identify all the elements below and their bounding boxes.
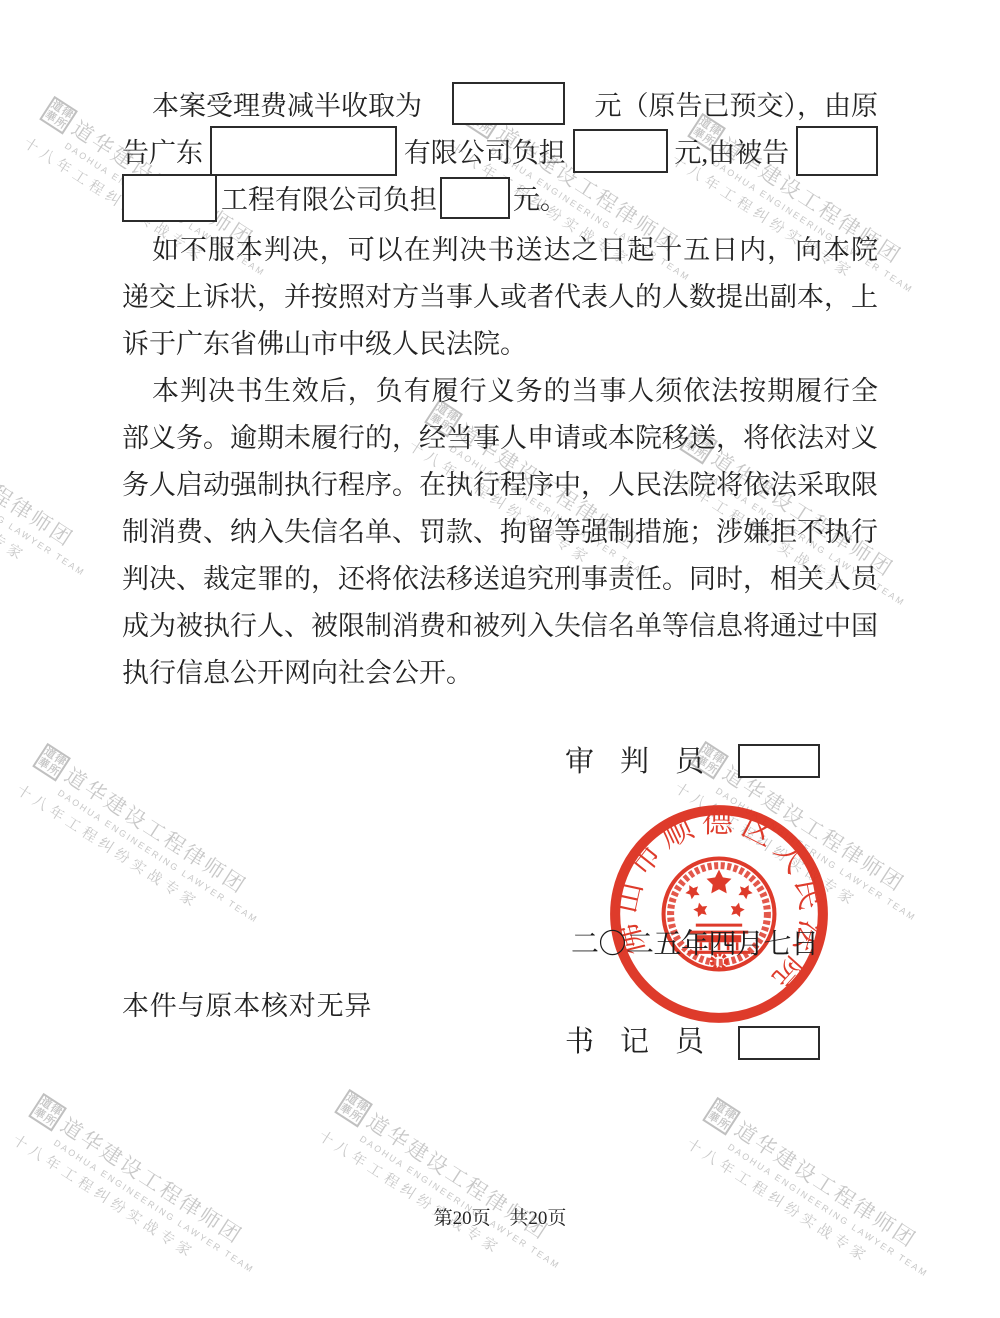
enforcement-line-1: 本判决书生效后，负有履行义务的当事人须依法按期履行全 — [122, 368, 878, 415]
paragraph-appeal: 如不服本判决，可以在判决书送达之日起十五日内，向本院 递交上诉状，并按照对方当事… — [122, 227, 878, 368]
redaction-box-plaintiff-amount — [573, 129, 668, 173]
fee-line-1: 本案受理费减半收取为 元（原告已预交），由原 — [122, 80, 878, 127]
watermark-subtitle: DAOHUA ENGINEERING LAWYER TEAM — [56, 788, 260, 925]
watermark: 道 律 華 所 道华建设工程律师团 DAOHUA ENGINEERING LAW… — [315, 1088, 579, 1291]
redaction-box-judge-name — [738, 744, 820, 778]
page-footer: 第20页 共20页 — [0, 1203, 1000, 1230]
verification-note: 本件与原本核对无异 — [122, 984, 372, 1023]
redaction-box-clerk-name — [738, 1026, 820, 1060]
paragraph-court-fee: 本案受理费减半收取为 元（原告已预交），由原 告广东 有限公司负担 元,由被告 … — [122, 80, 878, 221]
watermark: 道 律 華 所 道华建设工程律师团 DAOHUA ENGINEERING LAW… — [13, 742, 277, 945]
fee-text-7: 元。 — [513, 178, 567, 217]
clerk-label: 书记员 — [565, 1026, 730, 1059]
appeal-line-1: 如不服本判决，可以在判决书送达之日起十五日内，向本院 — [122, 227, 878, 274]
fee-line-2: 告广东 有限公司负担 元,由被告 — [122, 127, 878, 174]
fee-line-3: 工程有限公司负担 元。 — [122, 174, 878, 221]
enforcement-line-5: 判决、裁定罪的，还将依法移送追究刑事责任。同时，相关人员 — [122, 556, 878, 603]
fee-text-1: 本案受理费减半收取为 — [152, 84, 422, 123]
watermark: 道 律 華 所 道华建设工程律师团 DAOHUA ENGINEERING LAW… — [9, 1092, 273, 1295]
judgment-date: 二〇二五年四月七日 — [571, 929, 819, 961]
enforcement-line-2: 部义务。逾期未履行的，经当事人申请或本院移送，将依法对义 — [122, 415, 878, 462]
redaction-box-defendant-name-2 — [122, 174, 217, 222]
seal-court-name: 佛山市顺德区人民法院 — [608, 804, 830, 1001]
enforcement-line-4: 制消费、纳入失信名单、罚款、拘留等强制措施；涉嫌拒不执行 — [122, 509, 878, 556]
redaction-box-defendant-name-1 — [796, 126, 878, 176]
enforcement-line-6: 成为被执行人、被限制消费和被列入失信名单等信息将通过中国 — [122, 603, 878, 650]
watermark: 道 律 華 所 道华建设工程律师团 DAOHUA ENGINEERING LAW… — [0, 395, 104, 598]
appeal-line-2: 递交上诉状，并按照对方当事人或者代表人的人数提出副本，上 — [122, 274, 878, 321]
redaction-box-defendant-amount — [440, 177, 510, 219]
watermark: 道 律 華 所 道华建设工程律师团 DAOHUA ENGINEERING LAW… — [683, 1096, 947, 1299]
fee-text-2: 元（原告已预交），由原 — [595, 84, 879, 123]
fee-text-3: 告广东 — [122, 131, 203, 170]
footer-page-total: 共20页 — [509, 1208, 566, 1229]
footer-page-number: 第20页 — [434, 1208, 491, 1229]
court-seal: 佛山市顺德区人民法院 — [599, 794, 839, 1034]
judgment-page: 道 律 華 所 道华建设工程律师团 DAOHUA ENGINEERING LAW… — [0, 0, 1000, 1318]
paragraph-enforcement: 本判决书生效后，负有履行义务的当事人须依法按期履行全 部义务。逾期未履行的，经当… — [122, 368, 878, 697]
fee-text-4: 有限公司负担 — [404, 131, 566, 170]
enforcement-line-7: 执行信息公开网向社会公开。 — [122, 650, 878, 697]
fee-text-6: 工程有限公司负担 — [221, 178, 437, 217]
redaction-box-plaintiff-name — [210, 126, 397, 176]
appeal-line-3: 诉于广东省佛山市中级人民法院。 — [122, 321, 878, 368]
enforcement-line-3: 务人启动强制执行程序。在执行程序中，人民法院将依法采取限 — [122, 462, 878, 509]
fee-text-5: 元,由被告 — [674, 131, 789, 170]
redaction-box-fee-amount — [452, 82, 565, 125]
judge-label: 审判员 — [565, 746, 730, 779]
